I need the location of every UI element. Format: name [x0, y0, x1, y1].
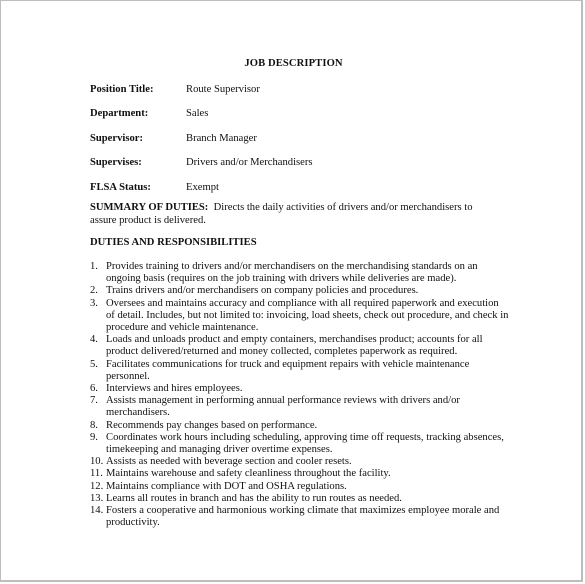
duty-number: 2. — [90, 285, 98, 297]
duty-item: 5.Facilitates communications for truck a… — [90, 359, 510, 383]
document-title: JOB DESCRIPTION — [1, 58, 585, 69]
duty-item: 3.Oversees and maintains accuracy and co… — [90, 298, 510, 335]
duty-number: 3. — [90, 298, 98, 310]
duty-item: 11.Maintains warehouse and safety cleanl… — [90, 468, 510, 480]
duty-item: 2.Trains drivers and/or merchandisers on… — [90, 285, 510, 297]
duty-item: 1.Provides training to drivers and/or me… — [90, 261, 510, 285]
duty-item: 8.Recommends pay changes based on perfor… — [90, 420, 510, 432]
duty-text: Facilitates communications for truck and… — [106, 359, 469, 382]
duty-number: 9. — [90, 432, 98, 444]
duty-text: Loads and unloads product and empty cont… — [106, 334, 483, 357]
duty-number: 7. — [90, 395, 98, 407]
duty-item: 10.Assists as needed with beverage secti… — [90, 456, 510, 468]
duty-item: 4.Loads and unloads product and empty co… — [90, 334, 510, 358]
duty-text: Fosters a cooperative and harmonious wor… — [106, 505, 499, 528]
duty-item: 6.Interviews and hires employees. — [90, 383, 510, 395]
duty-number: 4. — [90, 334, 98, 346]
field-value: Drivers and/or Merchandisers — [186, 156, 313, 170]
field-label: Supervisor: — [90, 132, 185, 146]
duty-text: Coordinates work hours including schedul… — [106, 432, 504, 455]
field-label: Position Title: — [90, 83, 185, 97]
duty-item: 12.Maintains compliance with DOT and OSH… — [90, 481, 510, 493]
field-label: FLSA Status: — [90, 181, 185, 195]
duty-number: 13. — [90, 493, 103, 505]
duty-item: 14.Fosters a cooperative and harmonious … — [90, 505, 510, 529]
field-value: Sales — [186, 107, 208, 121]
document-page: JOB DESCRIPTION Position Title: Route Su… — [0, 0, 583, 582]
duty-text: Learns all routes in branch and has the … — [106, 493, 402, 504]
field-label: Supervises: — [90, 156, 185, 170]
duty-number: 10. — [90, 456, 103, 468]
duty-number: 12. — [90, 481, 103, 493]
duty-item: 13.Learns all routes in branch and has t… — [90, 493, 510, 505]
duty-text: Interviews and hires employees. — [106, 383, 243, 394]
duty-text: Assists management in performing annual … — [106, 395, 460, 418]
duties-list: 1.Provides training to drivers and/or me… — [90, 261, 510, 529]
duty-text: Provides training to drivers and/or merc… — [106, 261, 478, 284]
duty-text: Maintains compliance with DOT and OSHA r… — [106, 481, 347, 492]
duty-number: 8. — [90, 420, 98, 432]
field-label: Department: — [90, 107, 185, 121]
duty-text: Assists as needed with beverage section … — [106, 456, 352, 467]
field-value: Exempt — [186, 181, 219, 195]
summary-label: SUMMARY OF DUTIES: — [90, 202, 208, 213]
summary-of-duties: SUMMARY OF DUTIES: Directs the daily act… — [90, 202, 490, 227]
duties-heading: DUTIES AND RESPONSIBILITIES — [90, 237, 257, 248]
duty-item: 7.Assists management in performing annua… — [90, 395, 510, 419]
duty-number: 6. — [90, 383, 98, 395]
duty-number: 5. — [90, 359, 98, 371]
duty-text: Maintains warehouse and safety cleanline… — [106, 468, 391, 479]
duty-number: 11. — [90, 468, 103, 480]
duty-number: 14. — [90, 505, 103, 517]
field-value: Route Supervisor — [186, 83, 260, 97]
duty-number: 1. — [90, 261, 98, 273]
field-value: Branch Manager — [186, 132, 257, 146]
duty-item: 9.Coordinates work hours including sched… — [90, 432, 510, 456]
duty-text: Oversees and maintains accuracy and comp… — [106, 298, 508, 333]
duty-text: Recommends pay changes based on performa… — [106, 420, 317, 431]
duty-text: Trains drivers and/or merchandisers on c… — [106, 285, 418, 296]
